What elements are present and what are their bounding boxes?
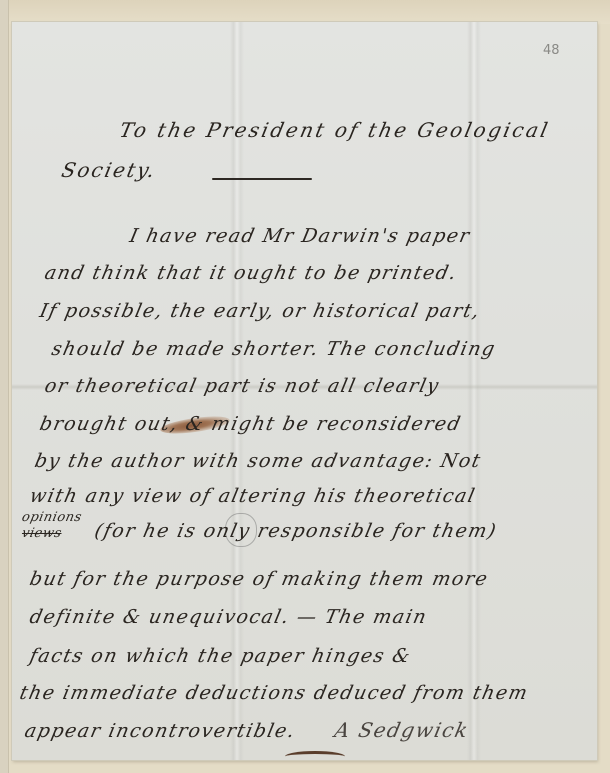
body-line-12: facts on which the paper hinges & [28, 645, 414, 667]
body-line-10: but for the purpose of making them more [28, 568, 491, 590]
body-line-14: appear incontrovertible. [23, 720, 298, 742]
signature-flourish [285, 751, 345, 762]
body-line-7: by the author with some advantage: Not [33, 450, 484, 472]
address-underline [212, 178, 312, 180]
body-line-5: or theoretical part is not all clearly [43, 375, 442, 397]
body-line-3: If possible, the early, or historical pa… [38, 300, 483, 322]
address-line-1: To the President of the Geological [117, 118, 552, 142]
body-line-6: brought out, & might be reconsidered [38, 413, 464, 435]
body-line-13: the immediate deductions deduced from th… [18, 682, 531, 704]
body-line-2: and think that it ought to be printed. [43, 262, 460, 284]
mount-left-edge [0, 0, 9, 773]
body-line-9: (for he is only responsible for them) [93, 520, 500, 542]
address-line-2: Society. [59, 158, 158, 182]
struck-word: views [20, 526, 63, 541]
body-line-11: definite & unequivocal. — The main [28, 606, 430, 628]
inserted-correction: opinions [20, 510, 83, 525]
signature: A Sedgwick [332, 718, 471, 742]
folio-number: 48 [543, 43, 560, 58]
body-line-4: should be made shorter. The concluding [50, 338, 498, 360]
body-line-1: I have read Mr Darwin's paper [128, 225, 473, 247]
body-line-8: with any view of altering his theoretica… [28, 485, 478, 507]
mount-top-edge [0, 0, 610, 24]
